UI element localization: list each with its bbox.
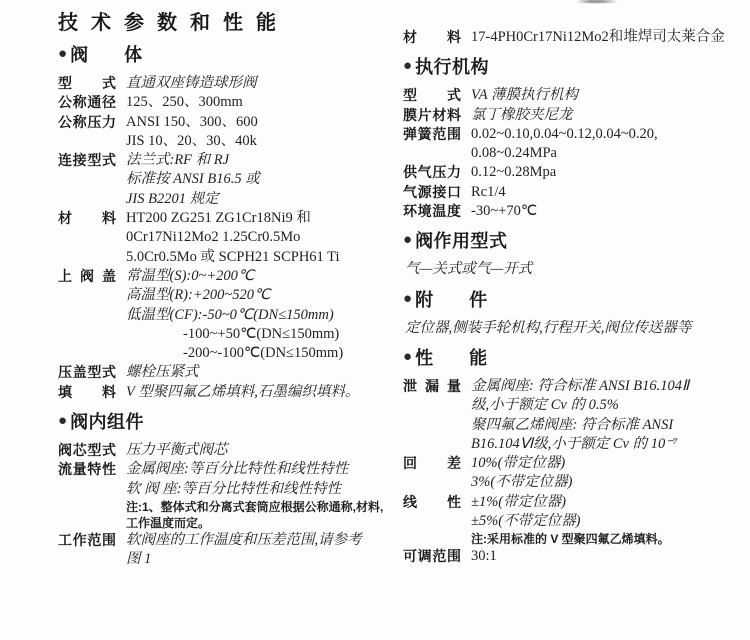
spec-row: 压盖型式螺栓压紧式: [58, 363, 366, 382]
section-heading: ●附 件: [403, 288, 750, 310]
spec-row: 级,小于额定 Cv 的 0.5%: [403, 396, 750, 415]
spec-row: 软 阀 座:等百分比特性和线性特性: [58, 480, 366, 499]
spec-value: 螺栓压紧式: [126, 363, 199, 382]
spec-row: 可调范围30:1: [403, 547, 750, 566]
spec-value: 金属阀座: 符合标准 ANSI B16.104Ⅱ: [471, 377, 689, 396]
spec-label: [58, 190, 116, 209]
spec-label: 型 式: [58, 74, 116, 93]
spec-value: JIS B2201 规定: [126, 190, 219, 209]
section-heading: ●阀 体: [58, 43, 366, 65]
spec-value: Rc1/4: [471, 183, 506, 202]
spec-label: [58, 170, 116, 189]
spec-label: 公称通径: [58, 93, 116, 112]
spec-value: 工作温度而定。: [126, 515, 210, 531]
spec-row: 型 式直通双座铸造球形阀: [58, 74, 366, 93]
spec-value: 10%(带定位器): [471, 454, 565, 473]
spec-label: 膜片材料: [403, 106, 461, 125]
spec-label: [403, 435, 461, 454]
spec-label: 材 料: [58, 209, 116, 228]
spec-row: ±5%(不带定位器): [403, 512, 750, 531]
spec-label: [403, 416, 461, 435]
spec-value: 氯丁橡胶夹尼龙: [471, 106, 573, 125]
spec-value: HT200 ZG251 ZG1Cr18Ni9 和: [126, 209, 311, 228]
spec-row: 材 料HT200 ZG251 ZG1Cr18Ni9 和: [58, 209, 366, 228]
spec-value: 聚四氟乙烯阀座: 符合标准 ANSI: [471, 416, 673, 435]
section-heading: ●阀作用型式: [403, 229, 750, 251]
spec-value: V 型聚四氟乙烯填料,石墨编织填料。: [126, 383, 359, 402]
spec-value: B16.104Ⅵ级,小于额定 Cv 的 10⁻⁷: [471, 435, 678, 454]
left-column: 技术参数和性能 ●阀 体型 式直通双座铸造球形阀公称通径125、250、300m…: [58, 0, 366, 570]
spec-label: [58, 344, 116, 363]
spec-value: 软 阀 座:等百分比特性和线性特性: [126, 480, 341, 499]
spec-label: 环境温度: [403, 202, 461, 221]
spec-value: 注:1、整体式和分离式套筒应根据公称通称,材料,: [126, 499, 383, 515]
spec-row: 阀芯型式压力平衡式阀芯: [58, 441, 366, 460]
spec-value: 高温型(R):+200~520℃: [126, 286, 270, 305]
left-sections: ●阀 体型 式直通双座铸造球形阀公称通径125、250、300mm公称压力ANS…: [58, 43, 366, 570]
section-heading-label: 执行机构: [415, 53, 489, 79]
spec-label: 型 式: [403, 86, 461, 105]
section-bullet-icon: ●: [403, 55, 412, 77]
spec-row: 公称通径125、250、300mm: [58, 93, 366, 112]
page-title: 技术参数和性能: [58, 6, 366, 35]
spec-value: 3%(不带定位器): [471, 473, 573, 492]
spec-row: 线 性±1%(带定位器): [403, 493, 750, 512]
spec-row: 上 阀 盖常温型(S):0~+200℃: [58, 267, 366, 286]
spec-value: 常温型(S):0~+200℃: [126, 267, 254, 286]
section-bullet-icon: ●: [403, 288, 412, 310]
spec-value: 0.12~0.28Mpa: [471, 163, 556, 182]
spec-value: ±5%(不带定位器): [471, 512, 580, 531]
spec-row: 公称压力ANSI 150、300、600: [58, 113, 366, 132]
spec-value: 0.02~0.10,0.04~0.12,0.04~0.20,: [471, 125, 658, 144]
spec-row: -100~+50℃(DN≤150mm): [58, 325, 366, 344]
spec-label: 供气压力: [403, 163, 461, 182]
spec-label: 填 料: [58, 383, 116, 402]
spec-label: [403, 396, 461, 415]
spec-label: 材 料: [403, 28, 461, 47]
spec-value: 直通双座铸造球形阀: [126, 74, 257, 93]
spec-row: 高温型(R):+200~520℃: [58, 286, 366, 305]
spec-value: 压力平衡式阀芯: [126, 441, 228, 460]
section-heading: ●性 能: [403, 346, 750, 368]
spec-value: 定位器,侧装手轮机构,行程开关,阀位传送器等: [403, 319, 691, 338]
spec-row: B16.104Ⅵ级,小于额定 Cv 的 10⁻⁷: [403, 435, 750, 454]
spec-value: 0Cr17Ni12Mo2 1.25Cr0.5Mo: [126, 228, 300, 247]
spec-value: -100~+50℃(DN≤150mm): [126, 325, 339, 344]
spec-value: 级,小于额定 Cv 的 0.5%: [471, 396, 619, 415]
spec-label: [58, 306, 116, 325]
spec-row: 0Cr17Ni12Mo2 1.25Cr0.5Mo: [58, 228, 366, 247]
spec-label: 连接型式: [58, 151, 116, 170]
spec-row: JIS 10、20、30、40k: [58, 132, 366, 151]
spec-label: [58, 499, 116, 515]
spec-row: 注:1、整体式和分离式套筒应根据公称通称,材料,: [58, 499, 366, 515]
spec-value: VA 薄膜执行机构: [471, 86, 578, 105]
spec-value: ±1%(带定位器): [471, 493, 566, 512]
spec-value: 法兰式:RF 和 RJ: [126, 151, 229, 170]
spec-row: 定位器,侧装手轮机构,行程开关,阀位传送器等: [403, 319, 750, 338]
spec-row: 弹簧范围0.02~0.10,0.04~0.12,0.04~0.20,: [403, 125, 750, 144]
spec-row: 工作温度而定。: [58, 515, 366, 531]
spec-value: 17-4PH0Cr17Ni12Mo2和堆焊司太莱合金: [471, 28, 725, 47]
section-bullet-icon: ●: [58, 43, 67, 65]
spec-label: 可调范围: [403, 547, 461, 566]
section-heading-label: 阀 体: [70, 41, 143, 67]
spec-label: [403, 512, 461, 531]
spec-value: ANSI 150、300、600: [126, 113, 258, 132]
section-bullet-icon: ●: [403, 229, 412, 251]
spec-value: 5.0Cr0.5Mo 或 SCPH21 SCPH61 Ti: [126, 248, 340, 267]
spec-label: [58, 228, 116, 247]
spec-label: [58, 248, 116, 267]
spec-label: [403, 473, 461, 492]
spec-row: 型 式VA 薄膜执行机构: [403, 86, 750, 105]
spec-row: 气—关式或气—开式: [403, 260, 750, 279]
spec-row: 回 差10%(带定位器): [403, 454, 750, 473]
spec-label: 气源接口: [403, 183, 461, 202]
spec-value: -200~-100℃(DN≤150mm): [126, 344, 343, 363]
section-bullet-icon: ●: [403, 346, 412, 368]
spec-row: 材 料17-4PH0Cr17Ni12Mo2和堆焊司太莱合金: [403, 28, 750, 47]
spec-label: 回 差: [403, 454, 461, 473]
spec-row: 泄 漏 量金属阀座: 符合标准 ANSI B16.104Ⅱ: [403, 377, 750, 396]
spec-label: 弹簧范围: [403, 125, 461, 144]
spec-value: 图 1: [126, 550, 151, 569]
spec-row: 膜片材料氯丁橡胶夹尼龙: [403, 106, 750, 125]
spec-row: 聚四氟乙烯阀座: 符合标准 ANSI: [403, 416, 750, 435]
section-heading-label: 阀作用型式: [415, 227, 508, 253]
spec-label: [58, 515, 116, 531]
spec-value: 0.08~0.24MPa: [471, 144, 557, 163]
spec-label: 工作范围: [58, 531, 116, 550]
spec-label: [58, 550, 116, 569]
spec-row: 气源接口Rc1/4: [403, 183, 750, 202]
spec-value: -30~+70℃: [471, 202, 537, 221]
spec-value: 125、250、300mm: [126, 93, 243, 112]
section-heading: ●阀内组件: [58, 410, 366, 432]
right-column: 材 料17-4PH0Cr17Ni12Mo2和堆焊司太莱合金●执行机构型 式VA …: [403, 0, 750, 567]
spec-label: [58, 480, 116, 499]
section-heading-label: 阀内组件: [70, 408, 144, 434]
right-sections: 材 料17-4PH0Cr17Ni12Mo2和堆焊司太莱合金●执行机构型 式VA …: [403, 28, 750, 567]
spec-row: 环境温度-30~+70℃: [403, 202, 750, 221]
document-page: 技术参数和性能 ●阀 体型 式直通双座铸造球形阀公称通径125、250、300m…: [0, 0, 750, 640]
spec-value: 注:采用标准的 V 型聚四氟乙烯填料。: [471, 531, 670, 547]
spec-label: [403, 531, 461, 547]
section-heading-label: 性 能: [415, 344, 488, 370]
spec-value: 金属阀座:等百分比特性和线性特性: [126, 460, 348, 479]
spec-value: 30:1: [471, 547, 497, 566]
spec-value: 软阀座的工作温度和压差范围,请参考: [126, 531, 362, 550]
spec-label: 流量特性: [58, 460, 116, 479]
spec-row: JIS B2201 规定: [58, 190, 366, 209]
spec-row: 3%(不带定位器): [403, 473, 750, 492]
spec-label: [58, 325, 116, 344]
spec-label: [58, 286, 116, 305]
spec-row: 工作范围软阀座的工作温度和压差范围,请参考: [58, 531, 366, 550]
spec-label: 压盖型式: [58, 363, 116, 382]
spec-value: JIS 10、20、30、40k: [126, 132, 257, 151]
spec-value: 标准按 ANSI B16.5 或: [126, 170, 260, 189]
spec-value: 气—关式或气—开式: [403, 260, 532, 279]
spec-row: 注:采用标准的 V 型聚四氟乙烯填料。: [403, 531, 750, 547]
spec-label: [58, 132, 116, 151]
spec-label: 上 阀 盖: [58, 267, 116, 286]
spec-row: 0.08~0.24MPa: [403, 144, 750, 163]
section-heading: ●执行机构: [403, 55, 750, 77]
spec-row: 5.0Cr0.5Mo 或 SCPH21 SCPH61 Ti: [58, 248, 366, 267]
spec-row: 连接型式法兰式:RF 和 RJ: [58, 151, 366, 170]
spec-row: 图 1: [58, 550, 366, 569]
spec-row: -200~-100℃(DN≤150mm): [58, 344, 366, 363]
spec-label: 阀芯型式: [58, 441, 116, 460]
spec-label: 公称压力: [58, 113, 116, 132]
spec-row: 低温型(CF):-50~0℃(DN≤150mm): [58, 306, 366, 325]
spec-label: 线 性: [403, 493, 461, 512]
spec-row: 供气压力0.12~0.28Mpa: [403, 163, 750, 182]
spec-label: 泄 漏 量: [403, 377, 461, 396]
section-heading-label: 附 件: [415, 286, 488, 312]
section-bullet-icon: ●: [58, 410, 67, 432]
spec-row: 标准按 ANSI B16.5 或: [58, 170, 366, 189]
spec-row: 流量特性金属阀座:等百分比特性和线性特性: [58, 460, 366, 479]
spec-value: 低温型(CF):-50~0℃(DN≤150mm): [126, 306, 334, 325]
spec-label: [403, 144, 461, 163]
spec-row: 填 料V 型聚四氟乙烯填料,石墨编织填料。: [58, 383, 366, 402]
